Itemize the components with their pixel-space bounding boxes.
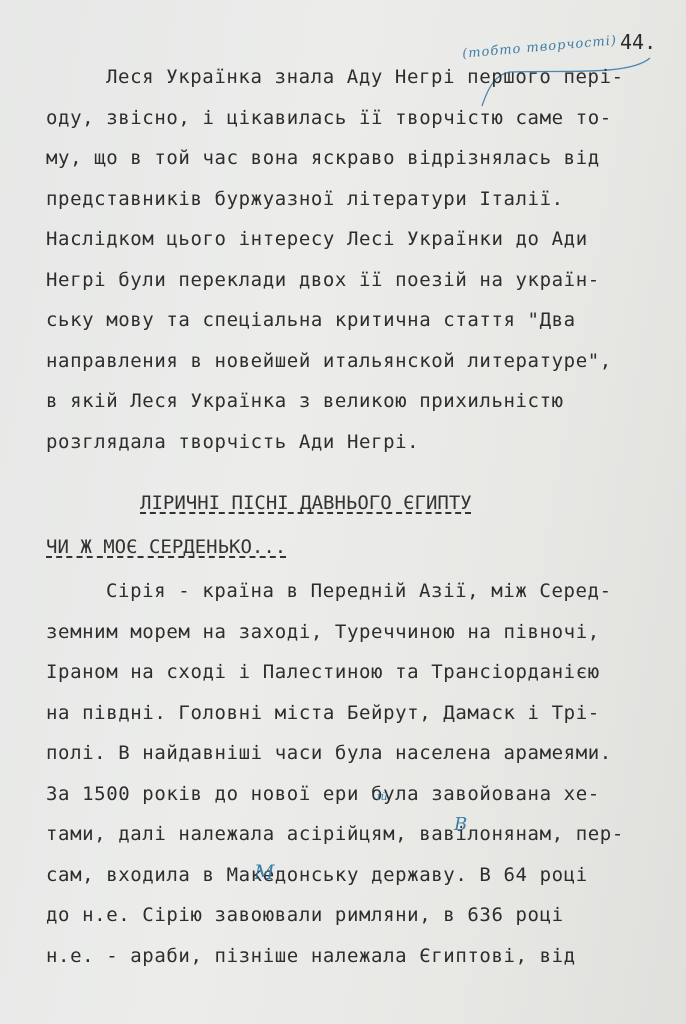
text-line: сам, входила в Македонську державу. В 64… (46, 864, 588, 886)
text-line: направления в новейшей итальянской литер… (46, 350, 612, 372)
text-line: Негрі були переклади двох її поезій на у… (46, 269, 600, 291)
handwritten-correction: ій (377, 790, 388, 803)
text-line: земним морем на заході, Туреччиною на пі… (46, 621, 600, 643)
text-line: на півдні. Головні міста Бейрут, Дамаск … (46, 702, 600, 724)
text-line: в якій Леся Українка з великою прихильні… (46, 390, 564, 412)
handwritten-correction: М (254, 860, 274, 884)
text-line: оду, звісно, і цікавилась її творчістю с… (46, 107, 612, 129)
text-line: Леся Українка знала Аду Негрі першого пе… (106, 66, 624, 88)
text-line: Сірія - країна в Передній Азії, між Сере… (106, 580, 612, 602)
text-line: Іраном на сході і Палестиною та Трансіор… (46, 661, 600, 683)
text-line: н.е. - араби, пізніше належала Єгиптові,… (46, 945, 576, 967)
text-line: му, що в той час вона яскраво відрізняла… (46, 147, 600, 169)
text-line: до н.е. Сірію завоювали римляни, в 636 р… (46, 904, 564, 926)
text-line: представників буржуазної літератури Італ… (46, 188, 564, 210)
document-page: 44. (тобто творчості) Леся Українка знал… (0, 0, 686, 1024)
text-line: За 1500 років до нової ери була завойова… (46, 783, 600, 805)
section-heading: ЛІРИЧНІ ПІСНІ ДАВНЬОГО ЄГИПТУ (140, 492, 472, 514)
poem-title: ЧИ Ж МОЄ СЕРДЕНЬКО... (46, 536, 286, 558)
text-line: Наслідком цього інтересу Лесі Українки д… (46, 228, 588, 250)
text-line: полі. В найдавніші часи була населена ар… (46, 742, 612, 764)
text-line: тами, далі належала асірійцям, вавілонян… (46, 823, 624, 845)
text-line: розглядала творчість Ади Негрі. (46, 431, 419, 453)
text-line: ську мову та спеціальна критична стаття … (46, 309, 576, 331)
handwritten-correction: В (454, 814, 467, 835)
